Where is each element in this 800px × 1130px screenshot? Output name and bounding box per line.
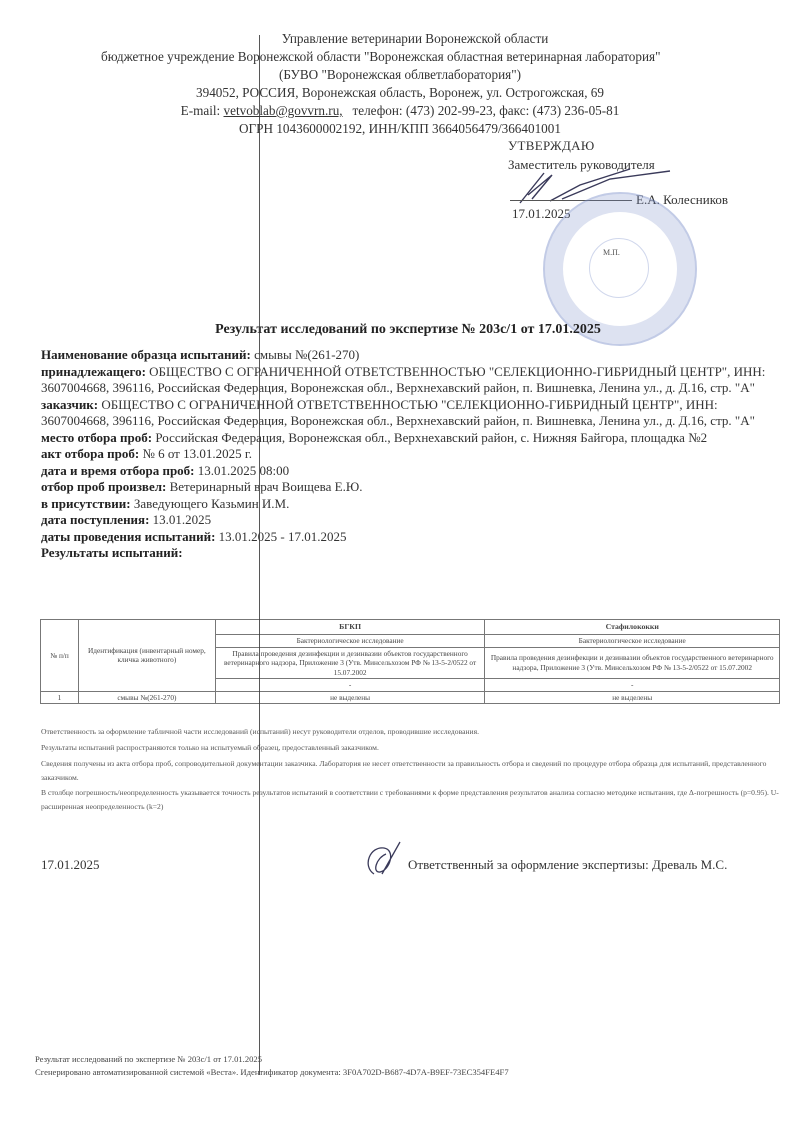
info-label: место отбора проб:	[41, 430, 152, 445]
info-value: 13.01.2025 - 17.01.2025	[215, 529, 346, 544]
sample-info: Наименование образца испытаний: смывы №(…	[41, 347, 776, 562]
info-label: Наименование образца испытаний:	[41, 347, 251, 362]
results-table: № п/п Идентификация (инвентарный номер, …	[40, 619, 780, 704]
info-label: заказчик:	[41, 397, 98, 412]
info-customer: заказчик: ОБЩЕСТВО С ОГРАНИЧЕННОЙ ОТВЕТС…	[41, 397, 776, 430]
info-label: даты проведения испытаний:	[41, 529, 215, 544]
letterhead-contacts: E-mail: vetvoblab@govvrn.ru, телефон: (4…	[0, 102, 800, 120]
info-sample-name: Наименование образца испытаний: смывы №(…	[41, 347, 776, 364]
stamp-inner-circle	[589, 238, 649, 298]
info-value: 13.01.2025 08:00	[195, 463, 290, 478]
info-label: акт отбора проб:	[41, 446, 139, 461]
note-source: Сведения получены из акта отбора проб, с…	[41, 757, 781, 785]
stamp-label: М.П.	[603, 248, 620, 257]
row-result-bgkp: не выделены	[215, 691, 485, 704]
method-cell: Бактериологическое исследование	[215, 635, 485, 648]
info-label: в присутствии:	[41, 496, 131, 511]
info-sampling-datetime: дата и время отбора проб: 13.01.2025 08:…	[41, 463, 776, 480]
info-value: ОБЩЕСТВО С ОГРАНИЧЕННОЙ ОТВЕТСТВЕННОСТЬЮ…	[41, 397, 755, 429]
info-value: 13.01.2025	[149, 512, 211, 527]
info-value: Заведующего Казьмин И.М.	[131, 496, 290, 511]
info-value: № 6 от 13.01.2025 г.	[139, 446, 252, 461]
letterhead-institution: бюджетное учреждение Воронежской области…	[0, 48, 800, 66]
col-header-test-staphylococci: Стафилококки	[485, 620, 780, 635]
signature-icon	[360, 840, 405, 880]
row-result-staphylococci: не выделены	[485, 691, 780, 704]
col-header-test-bgkp: БГКП	[215, 620, 485, 635]
scan-artifact-line	[259, 35, 260, 1075]
info-value: смывы №(261-270)	[251, 347, 360, 362]
info-label: отбор проб произвел:	[41, 479, 166, 494]
row-number: 1	[41, 691, 79, 704]
footer-reference: Результат исследований по экспертизе № 2…	[35, 1053, 509, 1066]
unit-cell: -	[215, 679, 485, 692]
letterhead-department: Управление ветеринарии Воронежской облас…	[0, 30, 800, 48]
info-value: Российская Федерация, Воронежская обл., …	[152, 430, 707, 445]
letterhead-registration: ОГРН 1043600002192, ИНН/КПП 3664056479/3…	[0, 120, 800, 138]
footer-generated-by: Сгенерировано автоматизированной системо…	[35, 1066, 509, 1079]
normative-cell: Правила проведения дезинфекции и дезинва…	[215, 647, 485, 679]
note-responsibility: Ответственность за оформление табличной …	[41, 724, 781, 740]
note-uncertainty: В столбце погрешность/неопределенность у…	[41, 786, 781, 814]
responsible-person: Ответственный за оформление экспертизы: …	[408, 857, 727, 873]
info-sampling-act: акт отбора проб: № 6 от 13.01.2025 г.	[41, 446, 776, 463]
info-test-dates: даты проведения испытаний: 13.01.2025 - …	[41, 529, 776, 546]
letterhead-short-name: (БУВО "Воронежская облветлаборатория")	[0, 66, 800, 84]
email-label: E-mail:	[181, 103, 221, 118]
table-header-row: № п/п Идентификация (инвентарный номер, …	[41, 620, 780, 635]
info-sampling-place: место отбора проб: Российская Федерация,…	[41, 430, 776, 447]
document-footer: Результат исследований по экспертизе № 2…	[35, 1053, 509, 1078]
info-value: ОБЩЕСТВО С ОГРАНИЧЕННОЙ ОТВЕТСТВЕННОСТЬЮ…	[41, 364, 765, 396]
info-value: Ветеринарный врач Воищева Е.Ю.	[166, 479, 362, 494]
method-cell: Бактериологическое исследование	[485, 635, 780, 648]
info-in-presence: в присутствии: Заведующего Казьмин И.М.	[41, 496, 776, 513]
disclaimer-notes: Ответственность за оформление табличной …	[41, 724, 781, 814]
info-sampled-by: отбор проб произвел: Ветеринарный врач В…	[41, 479, 776, 496]
info-label: Результаты испытаний:	[41, 545, 183, 560]
footer-date: 17.01.2025	[41, 857, 100, 873]
document-title: Результат исследований по экспертизе № 2…	[0, 322, 800, 338]
row-identification: смывы №(261-270)	[78, 691, 215, 704]
letterhead: Управление ветеринарии Воронежской облас…	[0, 30, 800, 138]
info-label: дата и время отбора проб:	[41, 463, 195, 478]
phone-fax: телефон: (473) 202-99-23, факс: (473) 23…	[352, 103, 619, 118]
normative-cell: Правила проведения дезинфекции и дезинва…	[485, 647, 780, 679]
info-received-date: дата поступления: 13.01.2025	[41, 512, 776, 529]
letterhead-address: 394052, РОССИЯ, Воронежская область, Вор…	[0, 84, 800, 102]
table-row: 1 смывы №(261-270) не выделены не выделе…	[41, 691, 780, 704]
info-results-heading: Результаты испытаний:	[41, 545, 776, 562]
approval-title: УТВЕРЖДАЮ	[508, 138, 655, 154]
col-header-identification: Идентификация (инвентарный номер, кличка…	[78, 620, 215, 692]
info-label: дата поступления:	[41, 512, 149, 527]
col-header-number: № п/п	[41, 620, 79, 692]
note-scope: Результаты испытаний распространяются то…	[41, 740, 781, 756]
unit-cell: -	[485, 679, 780, 692]
document-page: Управление ветеринарии Воронежской облас…	[0, 0, 800, 1130]
info-label: принадлежащего:	[41, 364, 146, 379]
info-owner: принадлежащего: ОБЩЕСТВО С ОГРАНИЧЕННОЙ …	[41, 364, 776, 397]
email-link[interactable]: vetvoblab@govvrn.ru,	[224, 103, 343, 118]
